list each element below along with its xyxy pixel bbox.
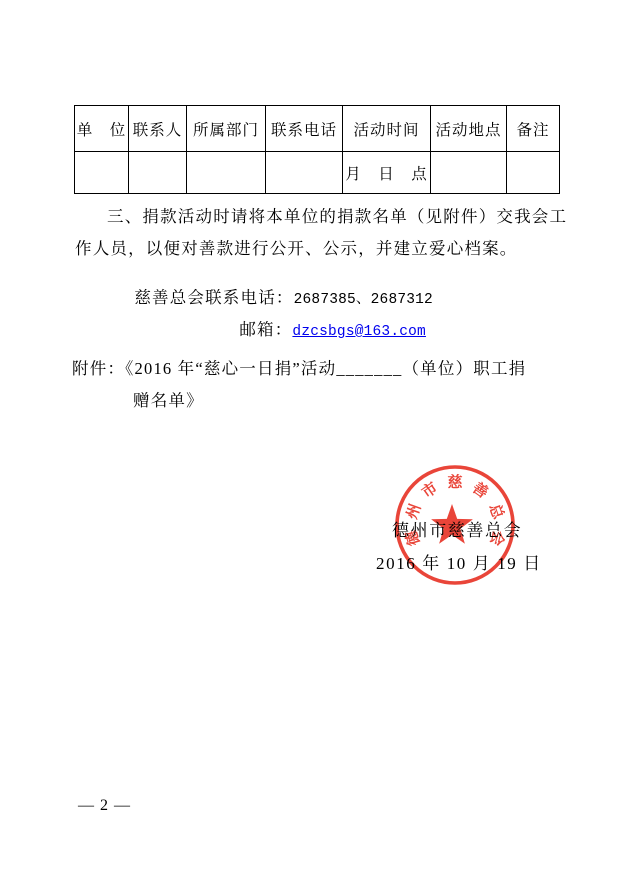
cell-phone	[266, 152, 343, 194]
email-label: 邮箱：	[239, 320, 292, 339]
paragraph-line-2: 作人员，以便对善款进行公开、公示，并建立爱心档案。	[75, 240, 518, 258]
header-activity-place: 活动地点	[431, 106, 507, 152]
seal-char: 市	[419, 480, 441, 502]
cell-activity-place	[431, 152, 507, 194]
signature-date: 2016 年 10 月 19 日	[376, 555, 542, 573]
attachment-line-1: 附件：《2016 年“慈心一日捐”活动_______（单位）职工捐	[72, 360, 526, 378]
seal-char: 慈	[447, 475, 463, 491]
attachment-line-2: 赠名单》	[133, 392, 204, 410]
signature-org: 德州市慈善总会	[392, 522, 522, 540]
header-contact-person: 联系人	[129, 106, 187, 152]
header-unit: 单 位	[75, 106, 129, 152]
header-department: 所属部门	[187, 106, 266, 152]
header-remarks: 备注	[507, 106, 560, 152]
email-link[interactable]: dzcsbgs@163.com	[292, 324, 426, 340]
cell-activity-time: 月 日 点	[343, 152, 431, 194]
header-phone: 联系电话	[266, 106, 343, 152]
cell-contact-person	[129, 152, 187, 194]
seal-char: 善	[469, 480, 491, 502]
cell-department	[187, 152, 266, 194]
seal-char: 总	[485, 502, 505, 522]
cell-remarks	[507, 152, 560, 194]
document-page: 单 位 联系人 所属部门 联系电话 活动时间 活动地点 备注 月 日 点 三、捐…	[0, 0, 634, 892]
cell-unit	[75, 152, 129, 194]
header-activity-time: 活动时间	[343, 106, 431, 152]
paragraph-line-1: 三、捐款活动时请将本单位的捐款名单（见附件）交我会工	[107, 208, 567, 226]
seal-char: 州	[404, 502, 424, 522]
table-header-row: 单 位 联系人 所属部门 联系电话 活动时间 活动地点 备注	[75, 106, 560, 152]
contact-email-line: 邮箱：dzcsbgs@163.com	[218, 303, 426, 359]
table-data-row: 月 日 点	[75, 152, 560, 194]
signup-table: 单 位 联系人 所属部门 联系电话 活动时间 活动地点 备注 月 日 点	[74, 105, 560, 194]
page-number: — 2 —	[78, 797, 131, 815]
